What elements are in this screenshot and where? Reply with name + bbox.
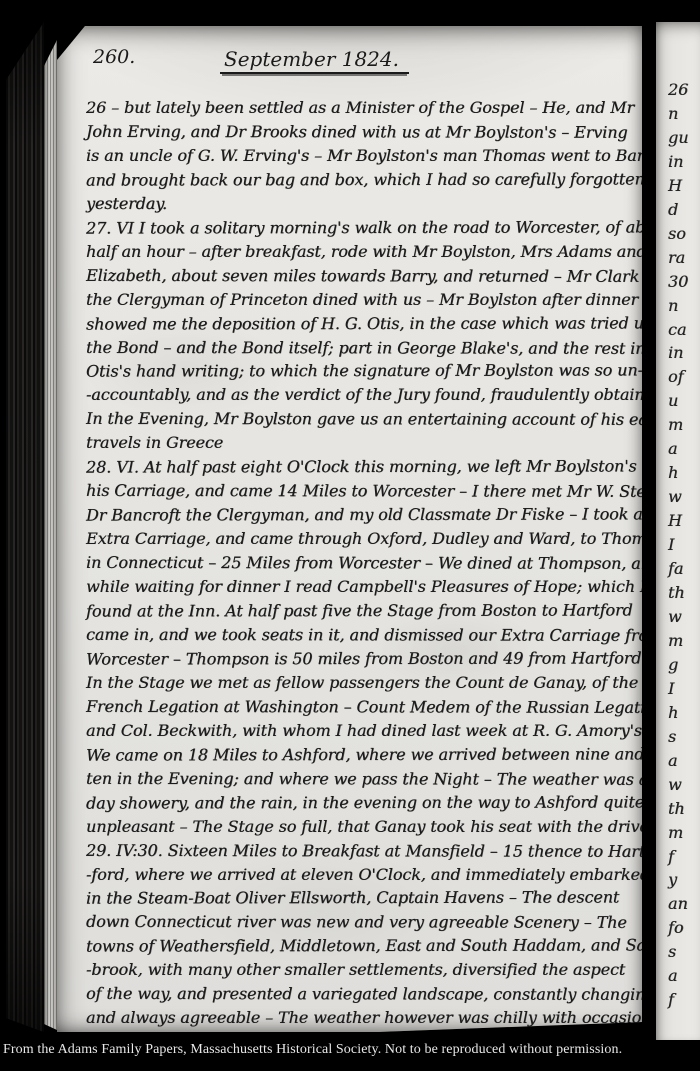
manuscript-line: is an uncle of G. W. Erving's – Mr Boyls… — [86, 144, 634, 168]
facing-page-fragment: I — [668, 677, 700, 701]
facing-page-fragment: d — [668, 198, 700, 222]
facing-page-fragment: w — [668, 485, 700, 509]
manuscript-line: Worcester – Thompson is 50 miles from Bo… — [86, 646, 634, 671]
facing-page-fragment: h — [668, 701, 700, 725]
manuscript-line: his Carriage, and came 14 Miles to Worce… — [86, 479, 634, 504]
manuscript-line: down Connecticut river was new and very … — [86, 910, 634, 935]
facing-page-fragment: w — [668, 773, 700, 797]
facing-page-fragment: I — [668, 533, 700, 557]
date-heading-text: September 1824. — [220, 47, 409, 74]
facing-page-fragment: n — [668, 294, 700, 318]
facing-page-fragment: s — [668, 725, 700, 749]
date-heading: September 1824. — [57, 46, 572, 72]
facing-page-fragment: 30 — [668, 270, 700, 294]
manuscript-line: and brought back our bag and box, which … — [86, 167, 634, 192]
facing-page-fragment: fa — [668, 557, 700, 581]
manuscript-line: came in, and we took seats in it, and di… — [86, 623, 634, 648]
facing-page-fragments: 26 n gu in H d so ra 30 n ca in — [656, 22, 700, 1012]
facing-page-fragment: gu — [668, 126, 700, 150]
manuscript-line: the Clergyman of Princeton dined with us… — [86, 288, 634, 312]
facing-page-fragment: m — [668, 629, 700, 653]
facing-page-fragment: y — [668, 868, 700, 892]
manuscript-line: -brook, with many other smaller settleme… — [86, 958, 634, 982]
facing-page-fragment: n — [668, 102, 700, 126]
facing-page-fragment: in — [668, 150, 700, 174]
manuscript-line: -accountably, and as the verdict of the … — [86, 383, 634, 407]
manuscript-line: Elizabeth, about seven miles towards Bar… — [86, 263, 634, 288]
facing-page-fragment: ca — [668, 318, 700, 342]
facing-page-fragment: th — [668, 797, 700, 821]
manuscript-line: towns of Weathersfield, Middletown, East… — [86, 934, 634, 959]
manuscript-line: day showery, and the rain, in the evenin… — [86, 790, 634, 815]
manuscript-line: In the Stage we met as fellow passengers… — [86, 671, 634, 695]
manuscript-line: -ford, where we arrived at eleven O'Cloc… — [86, 863, 634, 887]
manuscript-line: Otis's hand writing; to which the signat… — [86, 359, 634, 384]
page-header: 260. September 1824. — [57, 26, 642, 84]
manuscript-line: found at the Inn. At half past five the … — [86, 598, 634, 623]
manuscript-line: travels in Greece — [86, 431, 634, 455]
manuscript-line: while waiting for dinner I read Campbell… — [86, 575, 634, 599]
page-fore-edges — [44, 26, 57, 1030]
facing-page-fragment: of — [668, 365, 700, 389]
book-spine — [6, 22, 44, 1032]
manuscript-line: of the way, and presented a variegated l… — [86, 982, 634, 1007]
facing-page-fragment: m — [668, 413, 700, 437]
facing-page-fragment: h — [668, 461, 700, 485]
manuscript-line: John Erving, and Dr Brooks dined with us… — [86, 120, 634, 145]
facing-page-fragment: th — [668, 581, 700, 605]
manuscript-line: and Col. Beckwith, with whom I had dined… — [86, 719, 634, 743]
manuscript-line: French Legation at Washington – Count Me… — [86, 695, 634, 720]
facing-page-fragment: fo — [668, 916, 700, 940]
manuscript-line: and always agreeable – The weather howev… — [86, 1006, 634, 1030]
manuscript-line: Extra Carriage, and came through Oxford,… — [86, 527, 634, 551]
facing-page-fragment: ra — [668, 246, 700, 270]
manuscript-line: In the Evening, Mr Boylston gave us an e… — [86, 407, 634, 432]
manuscript-line: in the Steam-Boat Oliver Ellsworth, Capt… — [86, 886, 634, 911]
facing-page-fragment: H — [668, 174, 700, 198]
facing-page-fragment: a — [668, 437, 700, 461]
facing-page-fragment: an — [668, 892, 700, 916]
manuscript-line: We came on 18 Miles to Ashford, where we… — [86, 742, 634, 767]
manuscript-page: 260. September 1824. 26 – but lately bee… — [57, 26, 642, 1032]
manuscript-line: 27. VI I took a solitary morning's walk … — [86, 215, 634, 240]
manuscript-line: 26 – but lately been settled as a Minist… — [86, 96, 634, 120]
facing-page-fragment: w — [668, 605, 700, 629]
facing-page-fragment: f — [668, 988, 700, 1012]
manuscript-line: showed me the deposition of H. G. Otis, … — [86, 311, 634, 336]
manuscript-line: 29. IV:30. Sixteen Miles to Breakfast at… — [86, 838, 634, 863]
facing-page-fragment: g — [668, 653, 700, 677]
credit-caption: From the Adams Family Papers, Massachuse… — [3, 1041, 697, 1059]
facing-page-fragment: a — [668, 964, 700, 988]
facing-page-fragment: H — [668, 509, 700, 533]
facing-page-fragment: so — [668, 222, 700, 246]
facing-page-fragment: m — [668, 821, 700, 845]
book-photograph: 260. September 1824. 26 – but lately bee… — [0, 0, 700, 1071]
facing-page-sliver: 26 n gu in H d so ra 30 n ca in — [656, 22, 700, 1040]
facing-page-fragment: in — [668, 341, 700, 365]
facing-page-fragment: u — [668, 389, 700, 413]
manuscript-line: the Bond – and the Bond itself; part in … — [86, 335, 634, 360]
manuscript-line: yesterday. — [86, 192, 634, 217]
facing-page-fragment: a — [668, 749, 700, 773]
manuscript-line: ten in the Evening; and where we pass th… — [86, 767, 634, 792]
manuscript-text: 26 – but lately been settled as a Minist… — [57, 96, 642, 1030]
manuscript-line: 28. VI. At half past eight O'Clock this … — [86, 455, 634, 480]
manuscript-line: Dr Bancroft the Clergyman, and my old Cl… — [86, 503, 634, 528]
manuscript-line: in Connecticut – 25 Miles from Worcester… — [86, 551, 634, 576]
facing-page-fragment: s — [668, 940, 700, 964]
facing-page-fragment: 26 — [668, 78, 700, 102]
manuscript-line: half an hour – after breakfast, rode wit… — [86, 240, 634, 264]
facing-page-fragment: f — [668, 845, 700, 869]
manuscript-line: unpleasant – The Stage so full, that Gan… — [86, 815, 634, 839]
